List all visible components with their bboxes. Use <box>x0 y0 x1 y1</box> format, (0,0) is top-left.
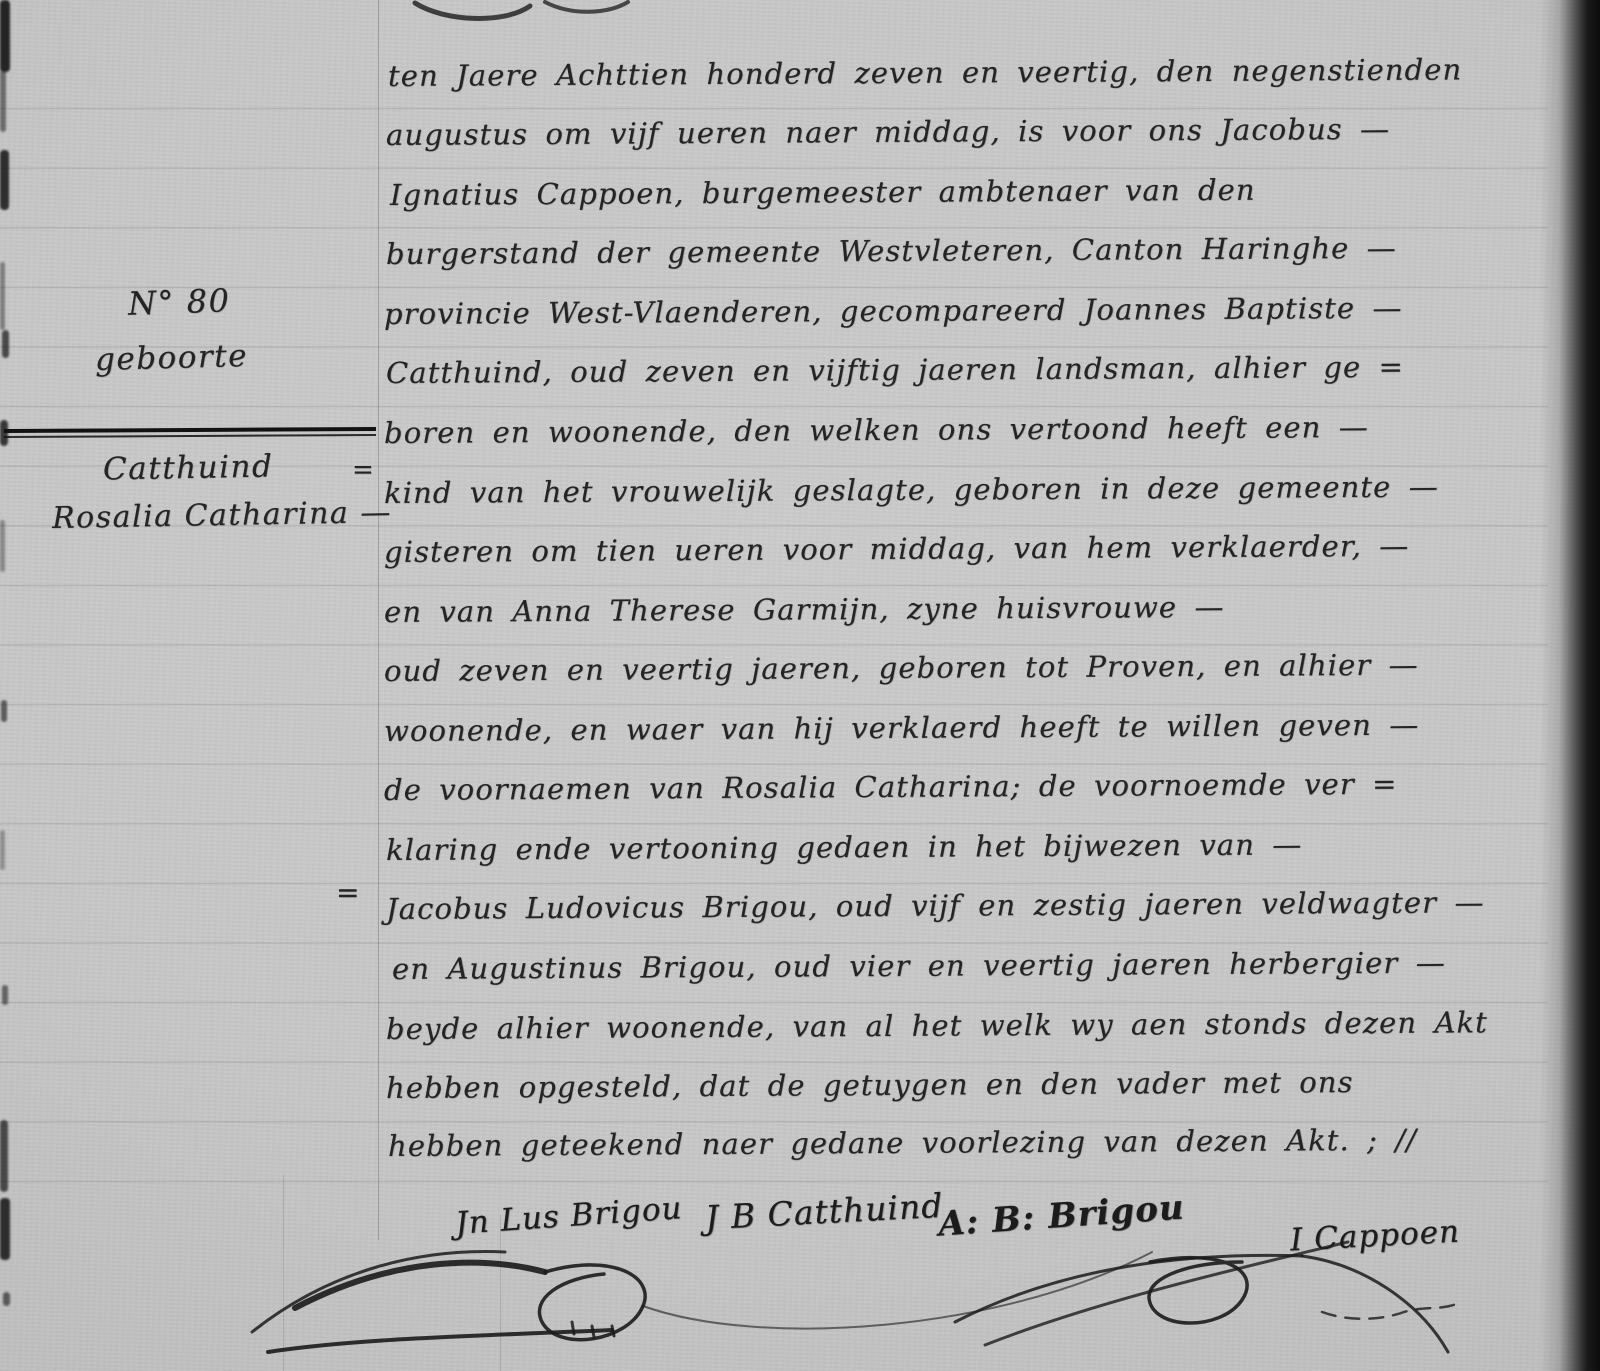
act-line: augustus om vijf ueren naer middag, is v… <box>386 113 1390 152</box>
act-line: de voornaemen van Rosalia Catharina; de … <box>384 768 1398 808</box>
page-edge-mark <box>0 0 10 72</box>
act-line: provincie West-Vlaenderen, gecompareerd … <box>384 292 1403 332</box>
act-line: gisteren om tien ueren voor middag, van … <box>384 530 1409 570</box>
act-line: Ignatius Cappoen, burgemeester ambtenaer… <box>390 174 1256 213</box>
page-edge-mark <box>0 830 5 870</box>
child-surname: Catthuind <box>103 449 274 488</box>
paraph-loop <box>539 1265 645 1340</box>
margin-equals-mark: = <box>352 455 374 485</box>
page-edge-mark <box>0 262 5 330</box>
paraph-stroke <box>1302 1256 1448 1352</box>
signature-underline <box>1322 1304 1456 1319</box>
act-line: hebben geteekend naer gedane voorlezing … <box>388 1124 1417 1164</box>
margin-divider-line <box>378 0 379 1240</box>
page-edge-mark <box>0 70 6 132</box>
act-line: Catthuind, oud zeven en vijftig jaeren l… <box>386 351 1404 391</box>
margin-equals-mark-2: = <box>336 876 359 909</box>
top-flourish-stroke <box>415 3 530 18</box>
birth-record-page: N° 80 geboorte Catthuind = Rosalia Catha… <box>0 0 1600 1371</box>
act-number: N° 80 <box>127 281 231 323</box>
act-line: en Augustinus Brigou, oud vier en veerti… <box>392 947 1446 987</box>
act-line: hebben opgesteld, dat de getuygen en den… <box>386 1066 1354 1105</box>
act-line: en van Anna Therese Garmijn, zyne huisvr… <box>384 591 1225 629</box>
record-type-label: geboorte <box>95 338 249 378</box>
page-edge-mark <box>3 1292 10 1306</box>
paraph-loop <box>1149 1258 1247 1323</box>
act-line: klaring ende vertooning gedaen in het bi… <box>386 828 1303 867</box>
act-line: Jacobus Ludovicus Brigou, oud vijf en ze… <box>386 886 1485 926</box>
act-line: beyde alhier woonende, van al het welk w… <box>386 1006 1488 1046</box>
paraph-sweep <box>643 1252 1152 1329</box>
paraph-stroke <box>955 1255 1302 1322</box>
page-edge-mark <box>0 1198 10 1260</box>
signature-officer: I Cappoen <box>1289 1214 1461 1259</box>
paraph-ticks <box>572 1322 614 1337</box>
act-line: woonende, en waer van hij verklaerd heef… <box>384 709 1420 749</box>
page-edge-mark <box>0 150 9 210</box>
act-line: ten Jaere Achttien honderd zeven en veer… <box>388 53 1462 93</box>
act-line: kind van het vrouwelijk geslagte, gebore… <box>384 471 1439 511</box>
paraph-stroke <box>252 1252 505 1332</box>
top-flourish-stroke <box>545 2 628 12</box>
page-edge-mark <box>1 700 7 722</box>
page-edge-mark <box>2 330 9 358</box>
act-line: boren en woonende, den welken ons vertoo… <box>384 411 1369 450</box>
binding-shadow-band <box>1540 0 1600 1371</box>
margin-double-rule <box>4 427 376 439</box>
page-edge-mark <box>0 1120 8 1192</box>
act-line: oud zeven en veertig jaeren, geboren tot… <box>384 649 1419 689</box>
page-edge-mark <box>0 520 5 572</box>
act-line: burgerstand der gemeente Westvleteren, C… <box>386 232 1397 272</box>
page-edge-mark <box>2 985 8 1005</box>
paraph-stroke <box>295 1263 545 1308</box>
page-edge-mark <box>0 420 8 446</box>
child-given-names: Rosalia Catharina — <box>52 495 392 536</box>
paraph-underline <box>268 1330 612 1352</box>
paper-crease <box>283 1175 284 1371</box>
